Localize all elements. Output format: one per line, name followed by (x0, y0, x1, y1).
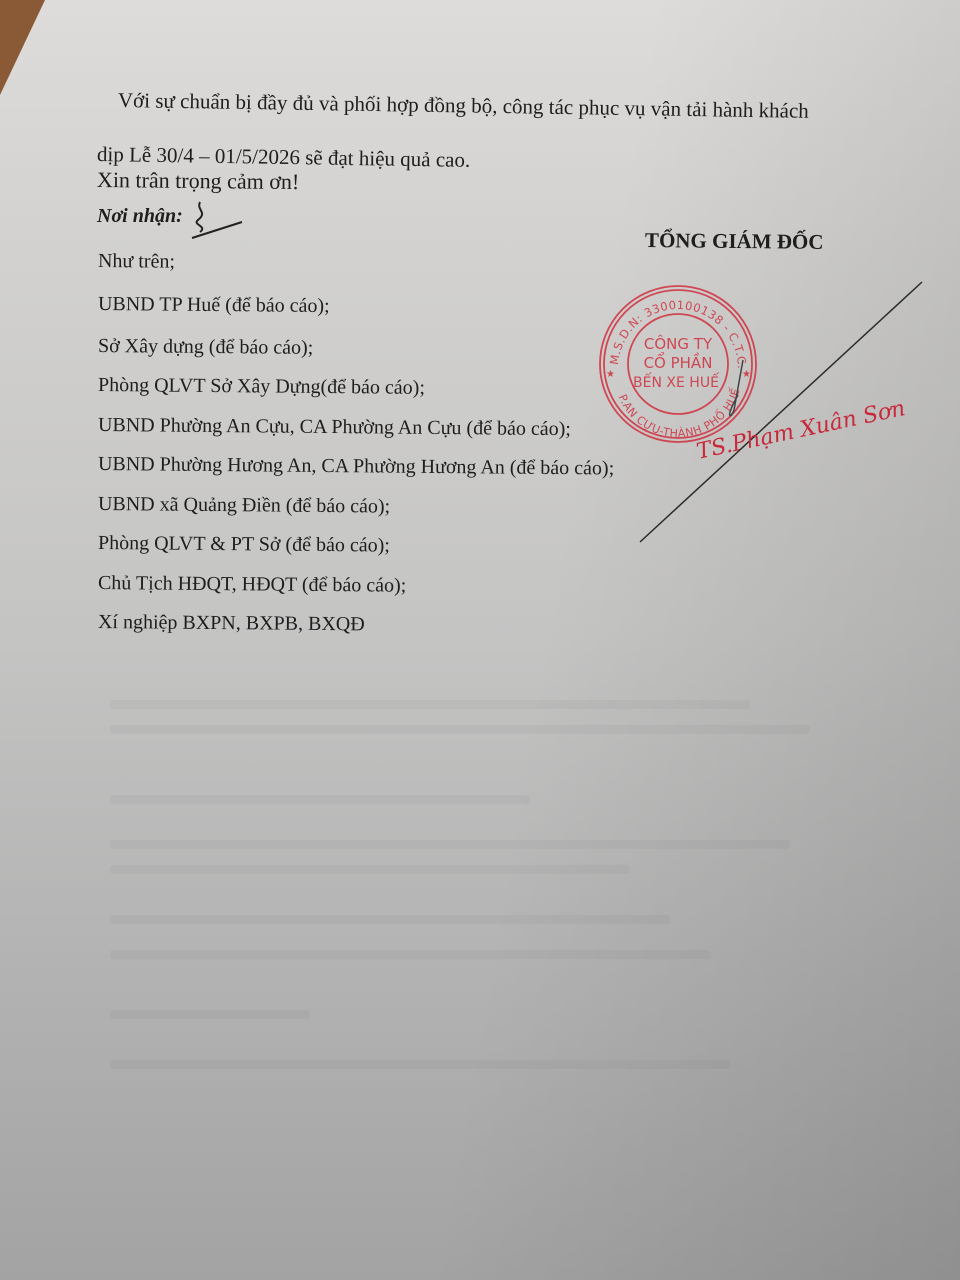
recipient-item: UBND Phường Hương An, CA Phường Hương An… (98, 453, 614, 481)
bleed-through-text (110, 1010, 310, 1019)
initials-signature-icon (178, 198, 248, 243)
recipient-item: UBND Phường An Cựu, CA Phường An Cựu (để… (98, 414, 571, 441)
svg-text:CỔ PHẦN: CỔ PHẦN (644, 351, 713, 372)
bleed-through-text (110, 915, 670, 924)
bleed-through-text (110, 865, 630, 874)
recipient-item: Sở Xây dựng (để báo cáo); (98, 335, 313, 360)
bleed-through-text (110, 950, 710, 959)
recipient-item: Phòng QLVT & PT Sở (để báo cáo); (98, 532, 390, 558)
svg-text:★: ★ (742, 369, 751, 380)
recipient-item: UBND xã Quảng Điền (để báo cáo); (98, 493, 390, 519)
thanks-line: Xin trân trọng cảm ơn! (97, 167, 300, 195)
signature-title: TỔNG GIÁM ĐỐC (645, 228, 824, 255)
svg-text:★: ★ (606, 369, 615, 380)
recipient-item: UBND TP Huế (để báo cáo); (98, 293, 330, 318)
bleed-through-text (110, 1060, 730, 1069)
bleed-through-text (110, 840, 790, 849)
svg-text:CÔNG TY: CÔNG TY (644, 334, 713, 353)
recipient-item: Xí nghiệp BXPN, BXPB, BXQĐ (98, 611, 365, 636)
recipient-item: Phòng QLVT Sở Xây Dựng(để báo cáo); (98, 374, 425, 400)
company-stamp-icon: M.S.D.N: 3300100138 - C.T.C.P P.AN CỰU-T… (596, 283, 760, 445)
recipient-item: Chủ Tịch HĐQT, HĐQT (để báo cáo); (98, 572, 406, 598)
bleed-through-text (110, 725, 810, 734)
bleed-through-text (110, 700, 750, 709)
recipients-title: Nơi nhận: (97, 205, 183, 228)
svg-text:BẾN XE HUẾ: BẾN XE HUẾ (633, 372, 719, 391)
bleed-through-text (110, 795, 530, 804)
recipient-item: Như trên; (98, 250, 175, 274)
